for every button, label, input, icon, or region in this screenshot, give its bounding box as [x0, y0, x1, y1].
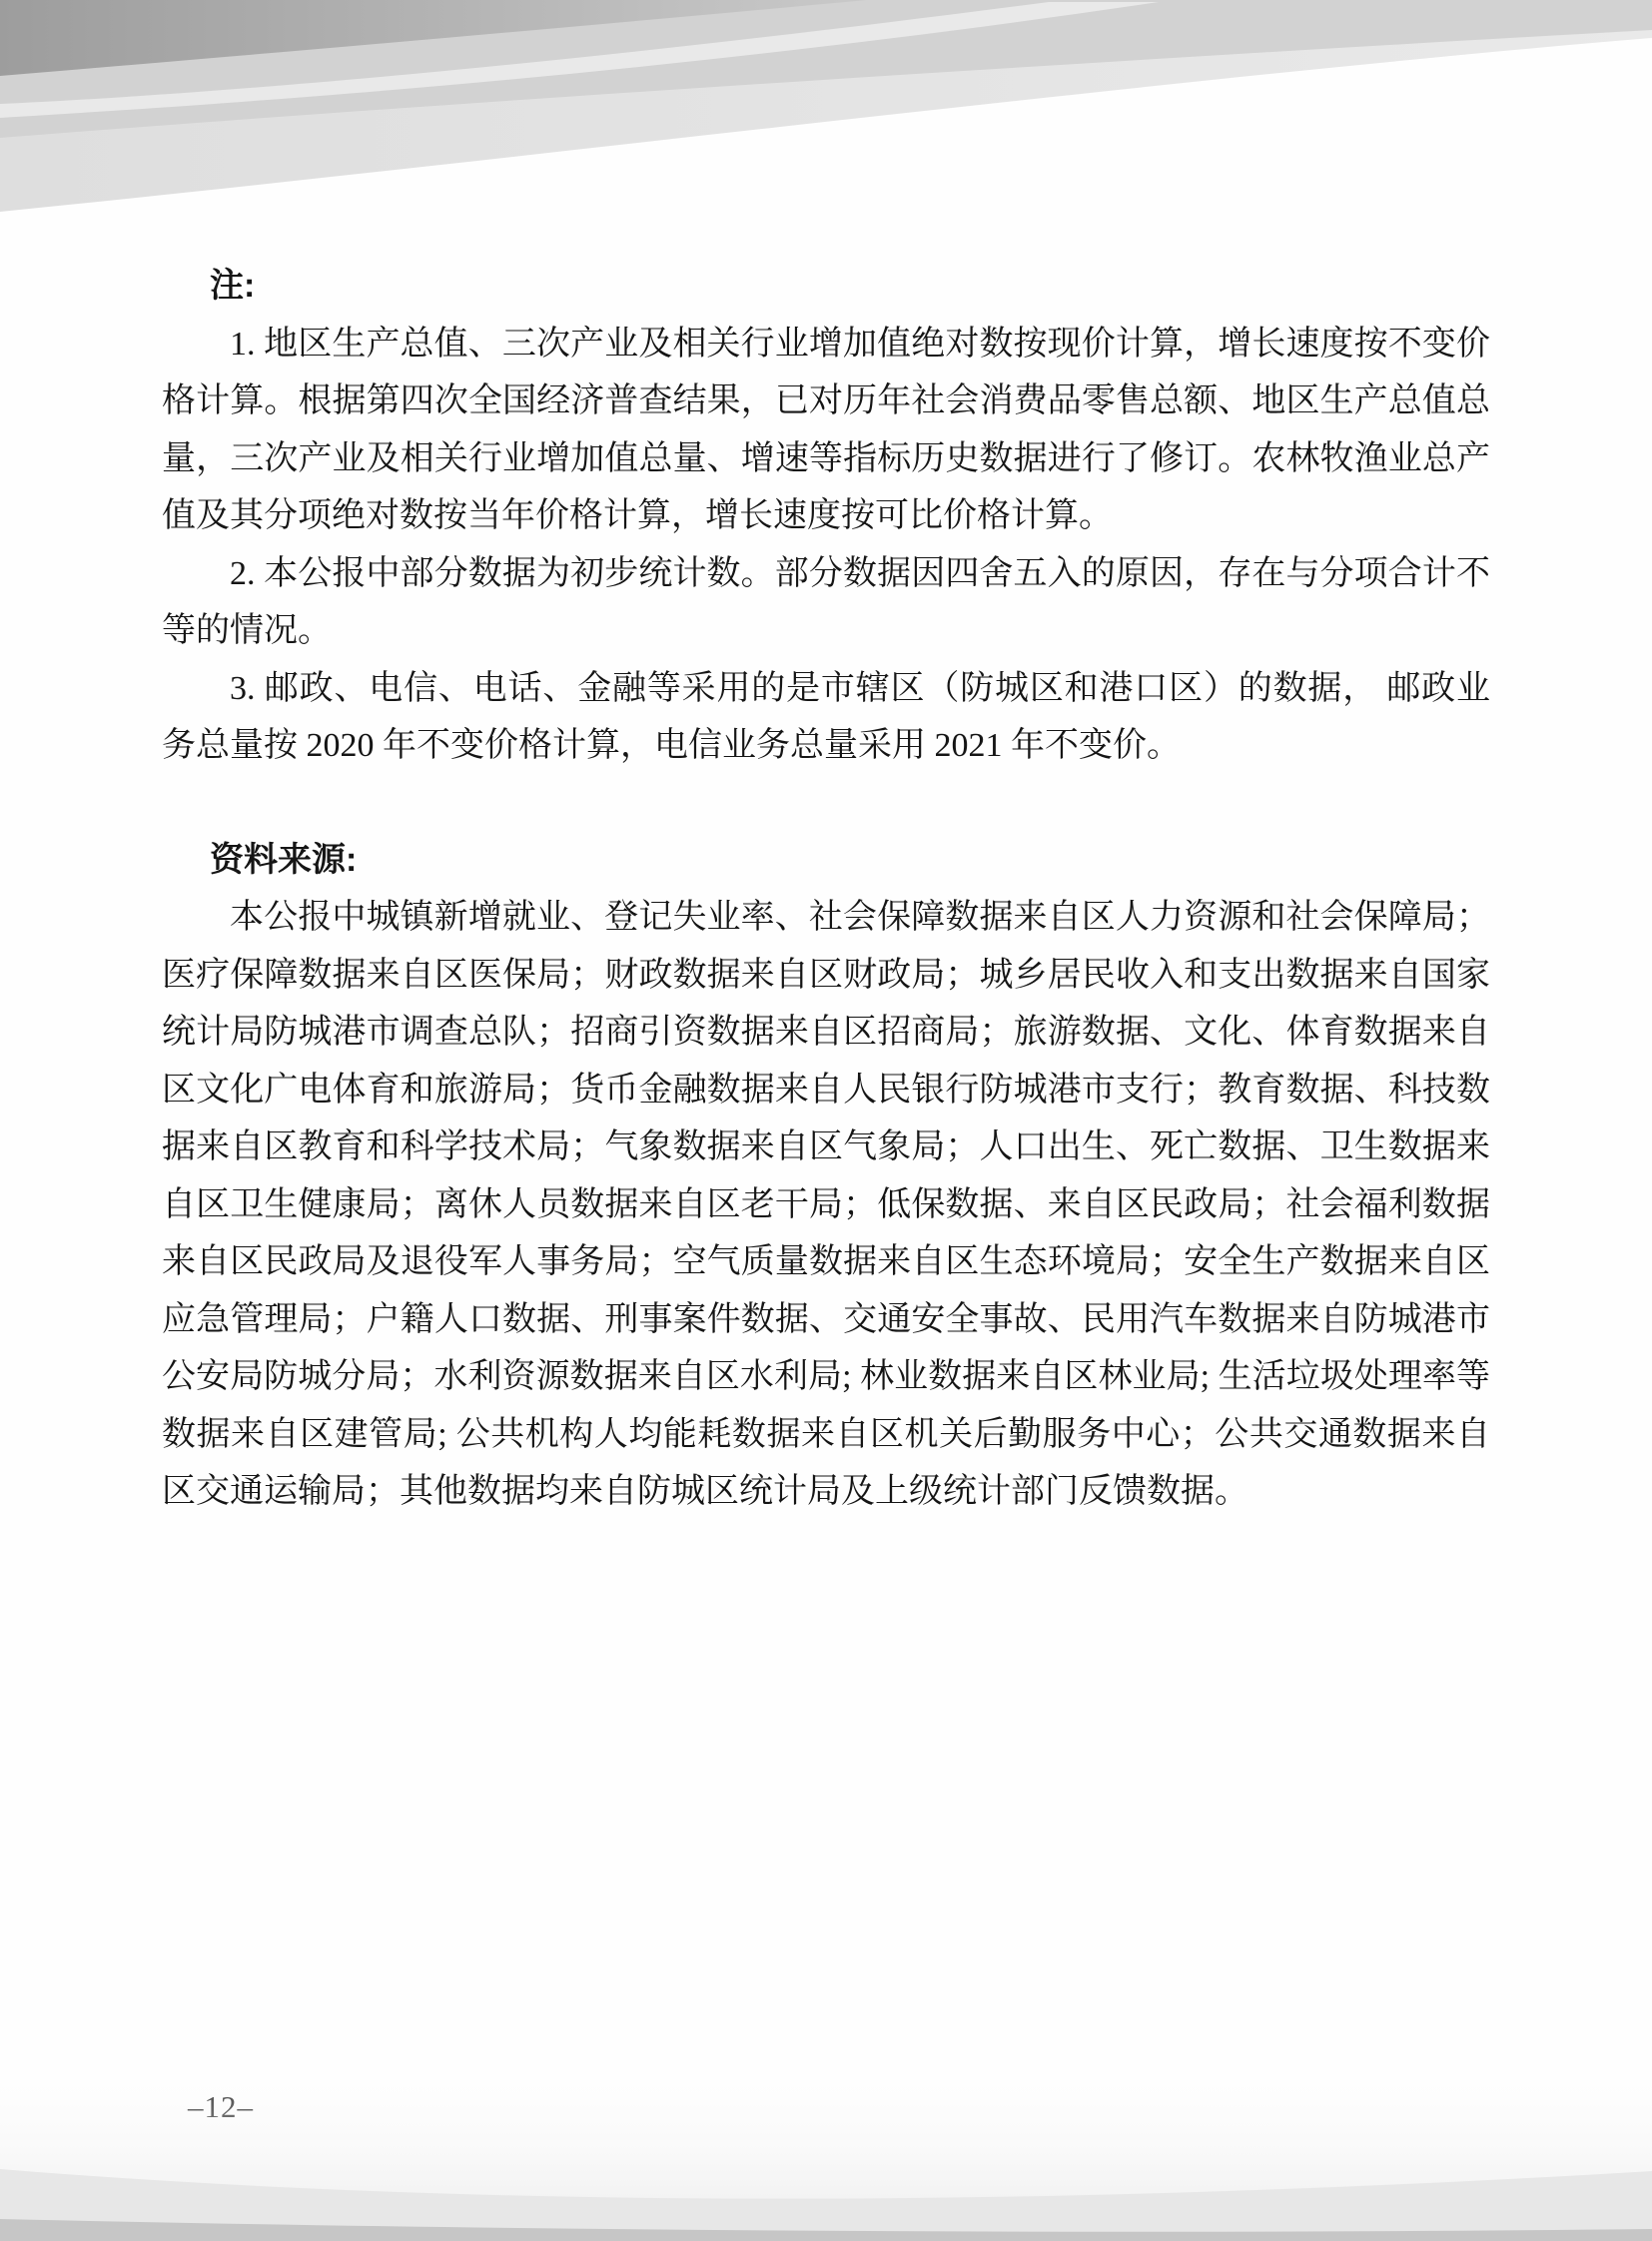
notes-heading: 注:: [162, 258, 1490, 316]
sources-heading: 资料来源:: [162, 832, 1490, 890]
bottom-curve-decoration: [0, 2051, 1652, 2241]
document-page: 注: 1. 地区生产总值、三次产业及相关行业增加值绝对数按现价计算，增长速度按不…: [0, 0, 1652, 2241]
note-item-2: 2. 本公报中部分数据为初步统计数。部分数据因四舍五入的原因，存在与分项合计不等…: [162, 545, 1490, 660]
note-item-3: 3. 邮政、电信、电话、金融等采用的是市辖区（防城区和港口区）的数据， 邮政业务…: [162, 660, 1490, 775]
sources-body: 本公报中城镇新增就业、登记失业率、社会保障数据来自区人力资源和社会保障局；医疗保…: [162, 889, 1490, 1521]
note-item-1: 1. 地区生产总值、三次产业及相关行业增加值绝对数按现价计算，增长速度按不变价格…: [162, 316, 1490, 545]
top-curve-decoration: [0, 0, 1652, 215]
page-content: 注: 1. 地区生产总值、三次产业及相关行业增加值绝对数按现价计算，增长速度按不…: [162, 258, 1490, 1521]
